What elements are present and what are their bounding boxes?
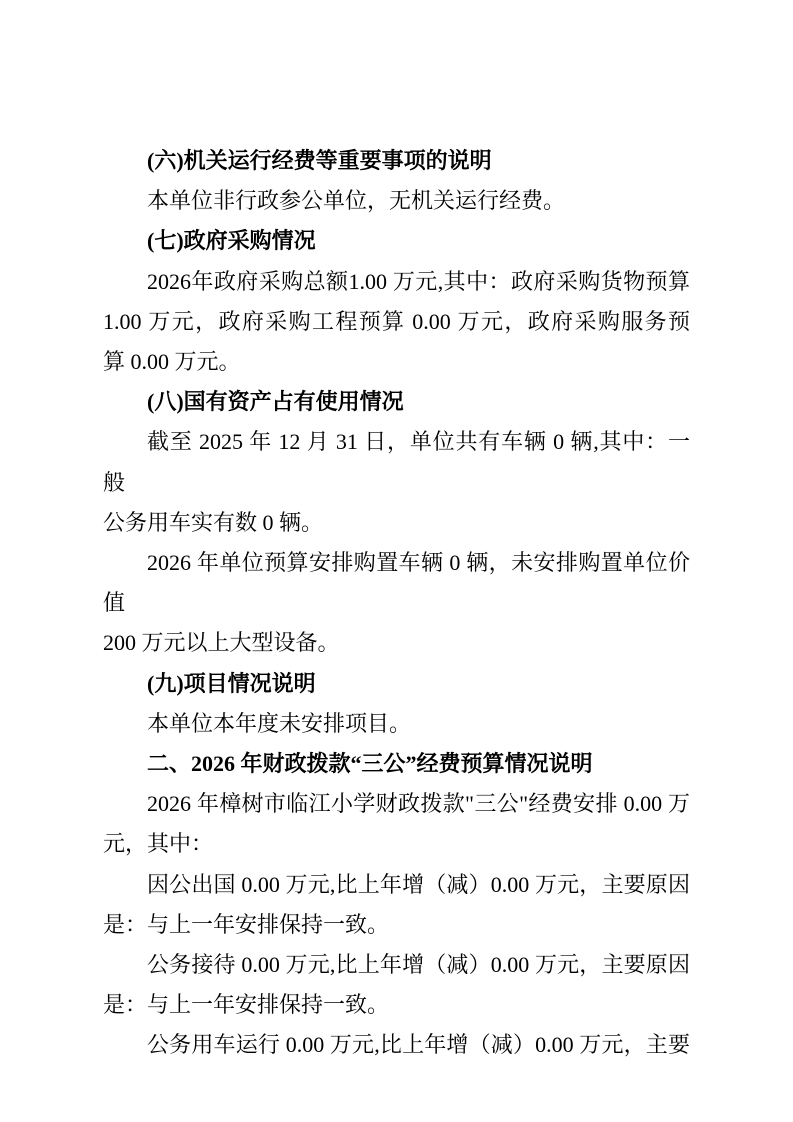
paragraph-line: 是：与上一年安排保持一致。 [103, 985, 690, 1025]
section-heading: 二、2026 年财政拨款“三公”经费预算情况说明 [103, 744, 690, 784]
paragraph-line: 公务用车运行 0.00 万元,比上年增（减）0.00 万元，主要 [103, 1025, 690, 1065]
paragraph-line: 因公出国 0.00 万元,比上年增（减）0.00 万元，主要原因 [103, 865, 690, 905]
section-heading: (八)国有资产占有使用情况 [103, 382, 690, 422]
paragraph-line: 公务用车实有数 0 辆。 [103, 503, 690, 543]
document-content: (六)机关运行经费等重要事项的说明本单位非行政参公单位，无机关运行经费。(七)政… [103, 141, 690, 1066]
paragraph-line: 本单位非行政参公单位，无机关运行经费。 [103, 181, 690, 221]
paragraph-line: 2026 年樟树市临江小学财政拨款"三公"经费安排 0.00 万 [103, 784, 690, 824]
paragraph-line: 公务接待 0.00 万元,比上年增（减）0.00 万元，主要原因 [103, 945, 690, 985]
paragraph-line: 2026 年单位预算安排购置车辆 0 辆，未安排购置单位价值 [103, 543, 690, 623]
paragraph-line: 算 0.00 万元。 [103, 342, 690, 382]
paragraph-line: 本单位本年度未安排项目。 [103, 704, 690, 744]
paragraph-line: 1.00 万元，政府采购工程预算 0.00 万元，政府采购服务预 [103, 302, 690, 342]
section-heading: (九)项目情况说明 [103, 664, 690, 704]
paragraph-line: 是：与上一年安排保持一致。 [103, 905, 690, 945]
paragraph-line: 200 万元以上大型设备。 [103, 623, 690, 663]
document-page: (六)机关运行经费等重要事项的说明本单位非行政参公单位，无机关运行经费。(七)政… [0, 0, 793, 1122]
paragraph-line: 元，其中： [103, 824, 690, 864]
paragraph-line: 2026年政府采购总额1.00 万元,其中：政府采购货物预算 [103, 262, 690, 302]
section-heading: (六)机关运行经费等重要事项的说明 [103, 141, 690, 181]
paragraph-line: 截至 2025 年 12 月 31 日，单位共有车辆 0 辆,其中：一般 [103, 422, 690, 502]
section-heading: (七)政府采购情况 [103, 221, 690, 261]
